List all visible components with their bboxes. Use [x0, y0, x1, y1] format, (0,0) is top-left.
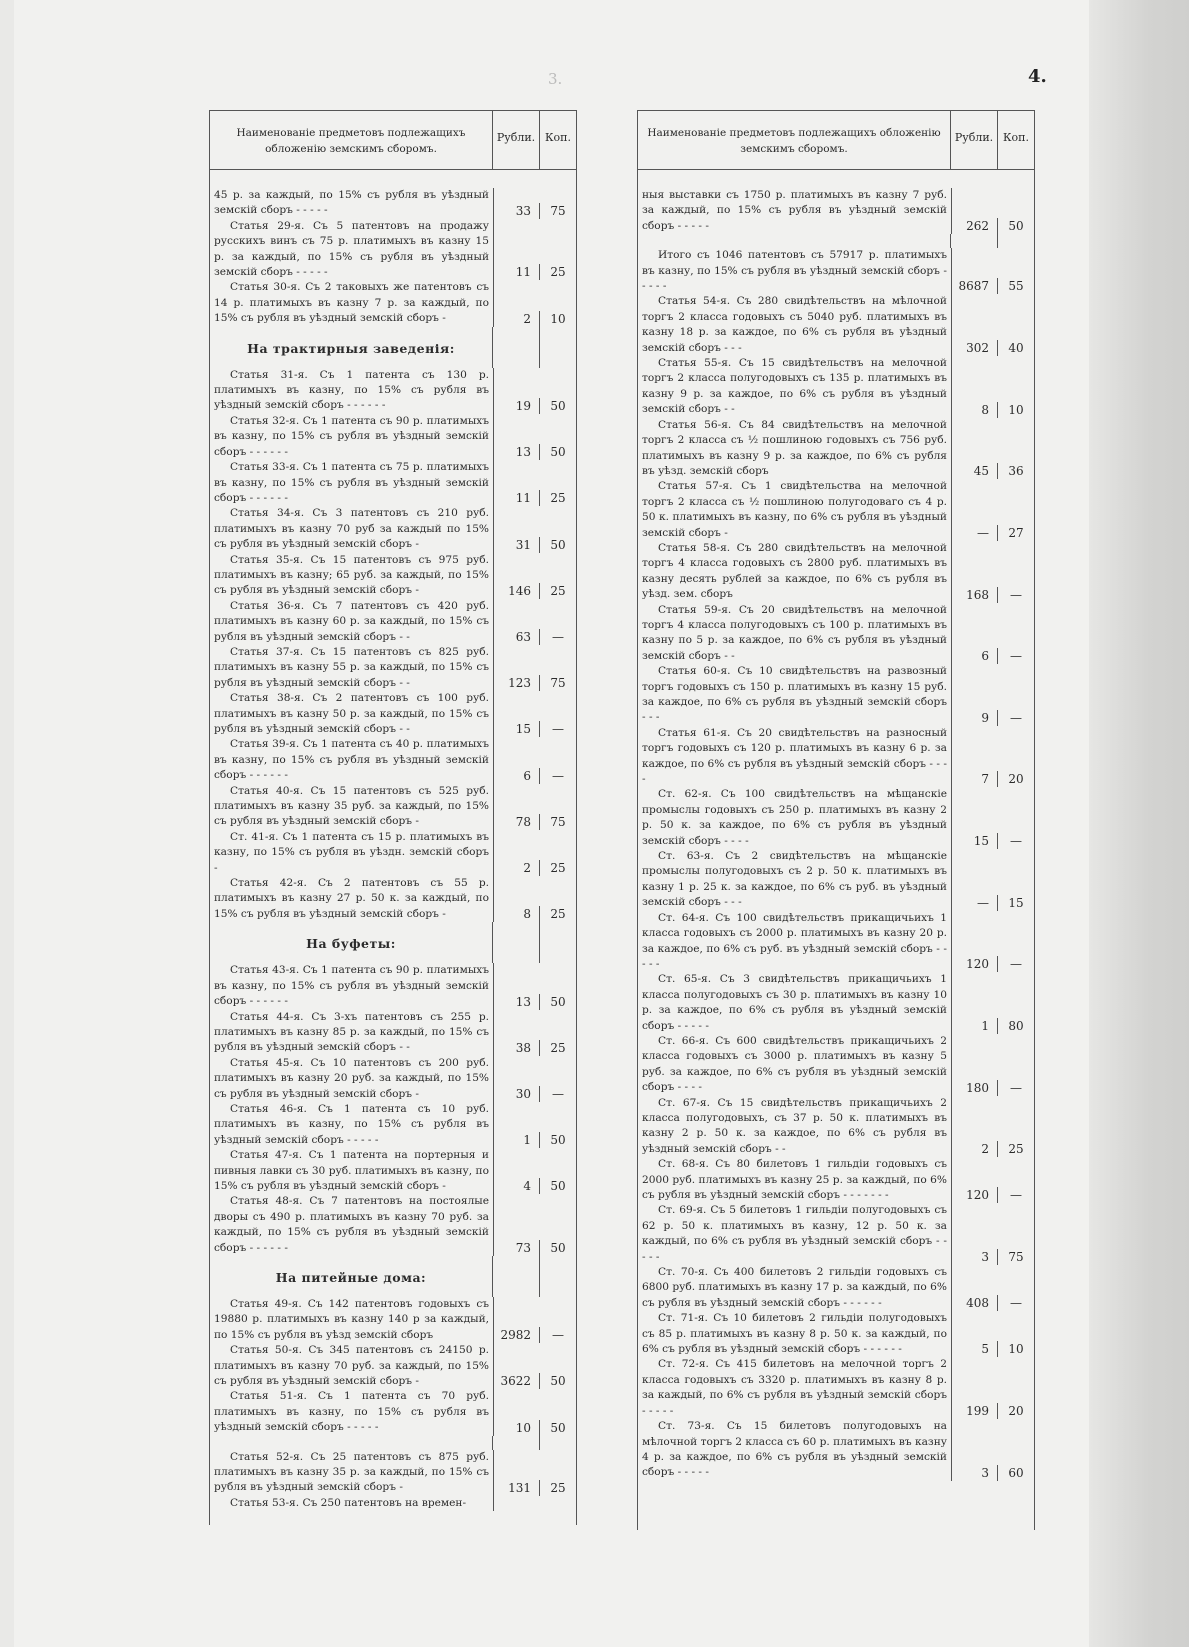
rubles-value: 9: [952, 710, 998, 726]
article-text: Ст. 68-я. Съ 80 билетовъ 1 гильдіи годов…: [638, 1157, 952, 1203]
kopecks-value: 50: [540, 537, 576, 553]
article-text: Статья 39-я. Съ 1 патента съ 40 р. плати…: [210, 737, 494, 783]
kopecks-value: —: [998, 648, 1034, 664]
kopecks-value: —: [540, 629, 576, 645]
rubles-value: 131: [494, 1480, 540, 1496]
rubles-value: 302: [952, 340, 998, 356]
right-table: Наименованіе предметовъ подлежащихъ обло…: [637, 110, 1035, 1530]
table-row: ныя выставки съ 1750 р. платимыхъ въ каз…: [638, 170, 1034, 234]
article-text: Статья 30-я. Съ 2 таковыхъ же патентовъ …: [210, 280, 494, 326]
kopecks-value: 50: [540, 1420, 576, 1436]
rubles-value: 199: [952, 1403, 998, 1419]
table-row: Статья 31-я. Съ 1 патента съ 130 р. плат…: [210, 368, 576, 414]
table-row: Статья 38-я. Съ 2 патентовъ съ 100 руб. …: [210, 691, 576, 737]
table-row: Статья 36-я. Съ 7 патентовъ съ 420 руб. …: [210, 599, 576, 645]
rubles-value: 11: [494, 490, 540, 506]
article-text: Статья 40-я. Съ 15 патентовъ съ 525 руб.…: [210, 784, 494, 830]
table-row: Статья 35-я. Съ 15 патентовъ съ 975 руб.…: [210, 553, 576, 599]
rubles-value: 73: [494, 1240, 540, 1256]
rubles-value: 2982: [494, 1327, 540, 1343]
rubles-value: 33: [494, 203, 540, 219]
rubles-value: 45: [952, 463, 998, 479]
table-row: Статья 37-я. Съ 15 патентовъ съ 825 руб.…: [210, 645, 576, 691]
rubles-value: 78: [494, 814, 540, 830]
bleed-through-page-number: 3.: [548, 70, 562, 88]
article-text: Статья 48-я. Съ 7 патентовъ на постоялые…: [210, 1194, 494, 1256]
rubles-value: —: [952, 895, 998, 911]
section-heading: На буфеты:: [210, 922, 576, 963]
table-row: Статья 45-я. Съ 10 патентовъ съ 200 руб.…: [210, 1056, 576, 1102]
kopecks-value: 15: [998, 895, 1034, 911]
header-rubles-column: Рубли.: [951, 111, 998, 169]
section-title: На трактирныя заведенія:: [210, 327, 493, 368]
rubles-value: 13: [494, 444, 540, 460]
table-row: Ст. 66-я. Съ 600 свидѣтельствъ прикащичь…: [638, 1034, 1034, 1096]
rubles-value: 120: [952, 1187, 998, 1203]
article-text: Статья 31-я. Съ 1 патента съ 130 р. плат…: [210, 368, 494, 414]
table-row: Ст. 68-я. Съ 80 билетовъ 1 гильдіи годов…: [638, 1157, 1034, 1203]
rubles-value: 63: [494, 629, 540, 645]
table-row: Статья 40-я. Съ 15 патентовъ съ 525 руб.…: [210, 784, 576, 830]
rubles-value: 146: [494, 583, 540, 599]
article-text: Статья 34-я. Съ 3 патентовъ съ 210 руб. …: [210, 506, 494, 552]
kopecks-value: —: [540, 721, 576, 737]
article-text: Статья 53-я. Съ 250 патентовъ на времен-: [210, 1496, 494, 1511]
rubles-value: 38: [494, 1040, 540, 1056]
kopecks-value: 40: [998, 340, 1034, 356]
article-text: Статья 57-я. Съ 1 свидѣтельства на мелоч…: [638, 479, 952, 541]
header-name-column: Наименованіе предметовъ подлежащихъ обло…: [210, 111, 493, 169]
kopecks-value: 50: [540, 1178, 576, 1194]
article-text: Статья 54-я. Съ 280 свидѣтельствъ на мѣл…: [638, 294, 952, 356]
table-row: Ст. 67-я. Съ 15 свидѣтельствъ прикащичьи…: [638, 1096, 1034, 1158]
rubles-value: 123: [494, 675, 540, 691]
page-number: 4.: [1028, 66, 1047, 87]
rubles-value: 168: [952, 587, 998, 603]
kopecks-value: 10: [998, 402, 1034, 418]
rubles-value: 120: [952, 956, 998, 972]
header-name-column: Наименованіе предметовъ подлежащихъ обло…: [638, 111, 951, 169]
rubles-value: 8: [494, 906, 540, 922]
article-text: Ст. 63-я. Съ 2 свидѣтельствъ на мѣщанскі…: [638, 849, 952, 911]
table-row: Статья 32-я. Съ 1 патента съ 90 р. плати…: [210, 414, 576, 460]
rubles-value: 2: [494, 311, 540, 327]
kopecks-value: 50: [540, 1240, 576, 1256]
table-row: Ст. 69-я. Съ 5 билетовъ 1 гильдіи полуго…: [638, 1203, 1034, 1265]
table-row: Статья 29-я. Съ 5 патентовъ на продажу р…: [210, 219, 576, 281]
rubles-value: 4: [494, 1178, 540, 1194]
article-text: Ст. 64-я. Съ 100 свидѣтельствъ прикащичь…: [638, 911, 952, 973]
article-text: Ст. 72-я. Съ 415 билетовъ на мелочной то…: [638, 1357, 952, 1419]
kopecks-value: 20: [998, 771, 1034, 787]
table-row: Статья 34-я. Съ 3 патентовъ съ 210 руб. …: [210, 506, 576, 552]
article-text: Ст. 71-я. Съ 10 билетовъ 2 гильдіи полуг…: [638, 1311, 952, 1357]
article-text: Итого съ 1046 патентовъ съ 57917 р. плат…: [638, 248, 952, 294]
article-text: Статья 52-я. Съ 25 патентовъ съ 875 руб.…: [210, 1450, 494, 1496]
left-table-body: 45 р. за каждый, по 15% съ рубля въ уѣзд…: [210, 170, 576, 1511]
table-row: Ст. 70-я. Съ 400 билетовъ 2 гильдіи годо…: [638, 1265, 1034, 1311]
table-row: Ст. 73-я. Съ 15 билетовъ полугодовыхъ на…: [638, 1419, 1034, 1481]
article-text: Ст. 62-я. Съ 100 свидѣтельствъ на мѣщанс…: [638, 787, 952, 849]
table-row: Статья 39-я. Съ 1 патента съ 40 р. плати…: [210, 737, 576, 783]
rubles-value: 2: [952, 1141, 998, 1157]
rubles-value: 262: [952, 218, 998, 234]
rubles-value: —: [952, 525, 998, 541]
rubles-value: 13: [494, 994, 540, 1010]
table-row: Статья 61-я. Съ 20 свидѣтельствъ на разн…: [638, 726, 1034, 788]
table-row: Статья 54-я. Съ 280 свидѣтельствъ на мѣл…: [638, 294, 1034, 356]
rubles-value: 10: [494, 1420, 540, 1436]
article-text: Статья 29-я. Съ 5 патентовъ на продажу р…: [210, 219, 494, 281]
rubles-value: 7: [952, 771, 998, 787]
rubles-value: 31: [494, 537, 540, 553]
kopecks-value: 25: [540, 1480, 576, 1496]
kopecks-value: 27: [998, 525, 1034, 541]
article-text: Статья 60-я. Съ 10 свидѣтельствъ на разв…: [638, 664, 952, 726]
article-text: Ст. 66-я. Съ 600 свидѣтельствъ прикащичь…: [638, 1034, 952, 1096]
table-row: Статья 59-я. Съ 20 свидѣтельствъ на мело…: [638, 603, 1034, 665]
rubles-value: 11: [494, 264, 540, 280]
rubles-value: 30: [494, 1086, 540, 1102]
article-text: Статья 49-я. Съ 142 патентовъ годовыхъ с…: [210, 1297, 494, 1343]
table-row: Статья 49-я. Съ 142 патентовъ годовыхъ с…: [210, 1297, 576, 1343]
rubles-value: 3: [952, 1465, 998, 1481]
rubles-value: 6: [952, 648, 998, 664]
table-row: Ст. 62-я. Съ 100 свидѣтельствъ на мѣщанс…: [638, 787, 1034, 849]
article-text: Статья 47-я. Съ 1 патента на портерныя и…: [210, 1148, 494, 1194]
article-text: Статья 42-я. Съ 2 патентовъ съ 55 р. пла…: [210, 876, 494, 922]
table-row: Статья 58-я. Съ 280 свидѣтельствъ на мел…: [638, 541, 1034, 603]
article-text: Ст. 41-я. Съ 1 патента съ 15 р. платимых…: [210, 830, 494, 876]
table-row: 45 р. за каждый, по 15% съ рубля въ уѣзд…: [210, 170, 576, 219]
table-row: Статья 51-я. Съ 1 патента съ 70 руб. пла…: [210, 1389, 576, 1435]
table-row: Статья 53-я. Съ 250 патентовъ на времен-: [210, 1496, 576, 1511]
section-title: На буфеты:: [210, 922, 493, 963]
kopecks-value: 25: [540, 490, 576, 506]
article-text: Статья 37-я. Съ 15 патентовъ съ 825 руб.…: [210, 645, 494, 691]
section-heading: На трактирныя заведенія:: [210, 327, 576, 368]
kopecks-value: 10: [540, 311, 576, 327]
table-row: Ст. 63-я. Съ 2 свидѣтельствъ на мѣщанскі…: [638, 849, 1034, 911]
article-text: Статья 58-я. Съ 280 свидѣтельствъ на мел…: [638, 541, 952, 603]
section-heading: На питейные дома:: [210, 1256, 576, 1297]
table-row: Статья 46-я. Съ 1 патента съ 10 руб. пла…: [210, 1102, 576, 1148]
kopecks-value: —: [540, 768, 576, 784]
kopecks-value: 25: [540, 1040, 576, 1056]
kopecks-value: 25: [540, 264, 576, 280]
kopecks-value: 60: [998, 1465, 1034, 1481]
rubles-value: 5: [952, 1341, 998, 1357]
table-row: Статья 47-я. Съ 1 патента на портерныя и…: [210, 1148, 576, 1194]
left-table-header: Наименованіе предметовъ подлежащихъ обло…: [210, 110, 576, 170]
kopecks-value: 20: [998, 1403, 1034, 1419]
table-row: Статья 52-я. Съ 25 патентовъ съ 875 руб.…: [210, 1450, 576, 1496]
rubles-value: 15: [952, 833, 998, 849]
kopecks-value: 25: [998, 1141, 1034, 1157]
table-row: Статья 43-я. Съ 1 патента съ 90 р. плати…: [210, 963, 576, 1009]
article-text: 45 р. за каждый, по 15% съ рубля въ уѣзд…: [210, 188, 494, 219]
kopecks-value: 25: [540, 860, 576, 876]
row-spacer: [210, 1436, 576, 1450]
kopecks-value: 50: [540, 1132, 576, 1148]
article-text: Статья 61-я. Съ 20 свидѣтельствъ на разн…: [638, 726, 952, 788]
table-row: Статья 48-я. Съ 7 патентовъ на постоялые…: [210, 1194, 576, 1256]
kopecks-value: 50: [540, 994, 576, 1010]
table-row: Статья 56-я. Съ 84 свидѣтельствъ на мело…: [638, 418, 1034, 480]
table-row: Ст. 65-я. Съ 3 свидѣтельствъ прикащичьих…: [638, 972, 1034, 1034]
table-row: Ст. 64-я. Съ 100 свидѣтельствъ прикащичь…: [638, 911, 1034, 973]
header-kopecks-column: Коп.: [998, 111, 1034, 169]
rubles-value: 1: [494, 1132, 540, 1148]
rubles-value: 6: [494, 768, 540, 784]
table-row: Ст. 71-я. Съ 10 билетовъ 2 гильдіи полуг…: [638, 1311, 1034, 1357]
kopecks-value: —: [540, 1086, 576, 1102]
kopecks-value: —: [998, 833, 1034, 849]
rubles-value: 3: [952, 1249, 998, 1265]
kopecks-value: 10: [998, 1341, 1034, 1357]
article-text: Статья 36-я. Съ 7 патентовъ съ 420 руб. …: [210, 599, 494, 645]
article-text: Статья 43-я. Съ 1 патента съ 90 р. плати…: [210, 963, 494, 1009]
article-text: Статья 45-я. Съ 10 патентовъ съ 200 руб.…: [210, 1056, 494, 1102]
section-title: На питейные дома:: [210, 1256, 493, 1297]
article-text: Статья 33-я. Съ 1 патента съ 75 р. плати…: [210, 460, 494, 506]
kopecks-value: 75: [998, 1249, 1034, 1265]
table-row: Статья 57-я. Съ 1 свидѣтельства на мелоч…: [638, 479, 1034, 541]
table-row: Статья 30-я. Съ 2 таковыхъ же патентовъ …: [210, 280, 576, 326]
kopecks-value: 50: [540, 398, 576, 414]
rubles-value: 8687: [952, 278, 998, 294]
left-table: Наименованіе предметовъ подлежащихъ обло…: [209, 110, 577, 1525]
article-text: Статья 56-я. Съ 84 свидѣтельствъ на мело…: [638, 418, 952, 480]
article-text: Статья 59-я. Съ 20 свидѣтельствъ на мело…: [638, 603, 952, 665]
rubles-value: 8: [952, 402, 998, 418]
right-table-body: ныя выставки съ 1750 р. платимыхъ въ каз…: [638, 170, 1034, 1481]
article-text: Ст. 67-я. Съ 15 свидѣтельствъ прикащичьи…: [638, 1096, 952, 1158]
kopecks-value: —: [998, 956, 1034, 972]
article-text: Статья 51-я. Съ 1 патента съ 70 руб. пла…: [210, 1389, 494, 1435]
kopecks-value: 36: [998, 463, 1034, 479]
header-kopecks-column: Коп.: [540, 111, 576, 169]
right-table-header: Наименованіе предметовъ подлежащихъ обло…: [638, 110, 1034, 170]
kopecks-value: 50: [540, 444, 576, 460]
rubles-value: 19: [494, 398, 540, 414]
scan-edge-left: [0, 0, 14, 1647]
kopecks-value: 75: [540, 675, 576, 691]
table-row: Статья 42-я. Съ 2 патентовъ съ 55 р. пла…: [210, 876, 576, 922]
kopecks-value: 75: [540, 814, 576, 830]
table-row: Статья 55-я. Съ 15 свидѣтельствъ на мело…: [638, 356, 1034, 418]
article-text: Статья 38-я. Съ 2 патентовъ съ 100 руб. …: [210, 691, 494, 737]
rubles-value: 408: [952, 1295, 998, 1311]
rubles-value: 180: [952, 1080, 998, 1096]
kopecks-value: —: [540, 1327, 576, 1343]
rubles-value: 3622: [494, 1373, 540, 1389]
kopecks-value: —: [998, 1080, 1034, 1096]
row-spacer: [638, 234, 1034, 248]
header-rubles-column: Рубли.: [493, 111, 540, 169]
table-row: Статья 44-я. Съ 3-хъ патентовъ съ 255 р.…: [210, 1010, 576, 1056]
rubles-value: 15: [494, 721, 540, 737]
article-text: Статья 35-я. Съ 15 патентовъ съ 975 руб.…: [210, 553, 494, 599]
kopecks-value: 50: [998, 218, 1034, 234]
article-text: Статья 46-я. Съ 1 патента съ 10 руб. пла…: [210, 1102, 494, 1148]
table-row: Итого съ 1046 патентовъ съ 57917 р. плат…: [638, 248, 1034, 294]
table-row: Ст. 41-я. Съ 1 патента съ 15 р. платимых…: [210, 830, 576, 876]
article-text: Ст. 73-я. Съ 15 билетовъ полугодовыхъ на…: [638, 1419, 952, 1481]
kopecks-value: —: [998, 587, 1034, 603]
article-text: Статья 32-я. Съ 1 патента съ 90 р. плати…: [210, 414, 494, 460]
article-text: Статья 50-я. Съ 345 патентовъ съ 24150 р…: [210, 1343, 494, 1389]
article-text: Ст. 70-я. Съ 400 билетовъ 2 гильдіи годо…: [638, 1265, 952, 1311]
article-text: ныя выставки съ 1750 р. платимыхъ въ каз…: [638, 188, 952, 234]
kopecks-value: 80: [998, 1018, 1034, 1034]
article-text: Ст. 65-я. Съ 3 свидѣтельствъ прикащичьих…: [638, 972, 952, 1034]
kopecks-value: 25: [540, 583, 576, 599]
kopecks-value: 25: [540, 906, 576, 922]
article-text: Статья 44-я. Съ 3-хъ патентовъ съ 255 р.…: [210, 1010, 494, 1056]
kopecks-value: —: [998, 1187, 1034, 1203]
kopecks-value: —: [998, 1295, 1034, 1311]
article-text: Статья 55-я. Съ 15 свидѣтельствъ на мело…: [638, 356, 952, 418]
kopecks-value: 75: [540, 203, 576, 219]
rubles-value: 2: [494, 860, 540, 876]
table-row: Статья 33-я. Съ 1 патента съ 75 р. плати…: [210, 460, 576, 506]
kopecks-value: 55: [998, 278, 1034, 294]
table-row: Статья 60-я. Съ 10 свидѣтельствъ на разв…: [638, 664, 1034, 726]
kopecks-value: 50: [540, 1373, 576, 1389]
rubles-value: 1: [952, 1018, 998, 1034]
scan-edge-right: [1089, 0, 1189, 1647]
table-row: Статья 50-я. Съ 345 патентовъ съ 24150 р…: [210, 1343, 576, 1389]
article-text: Ст. 69-я. Съ 5 билетовъ 1 гильдіи полуго…: [638, 1203, 952, 1265]
kopecks-value: —: [998, 710, 1034, 726]
table-row: Ст. 72-я. Съ 415 билетовъ на мелочной то…: [638, 1357, 1034, 1419]
